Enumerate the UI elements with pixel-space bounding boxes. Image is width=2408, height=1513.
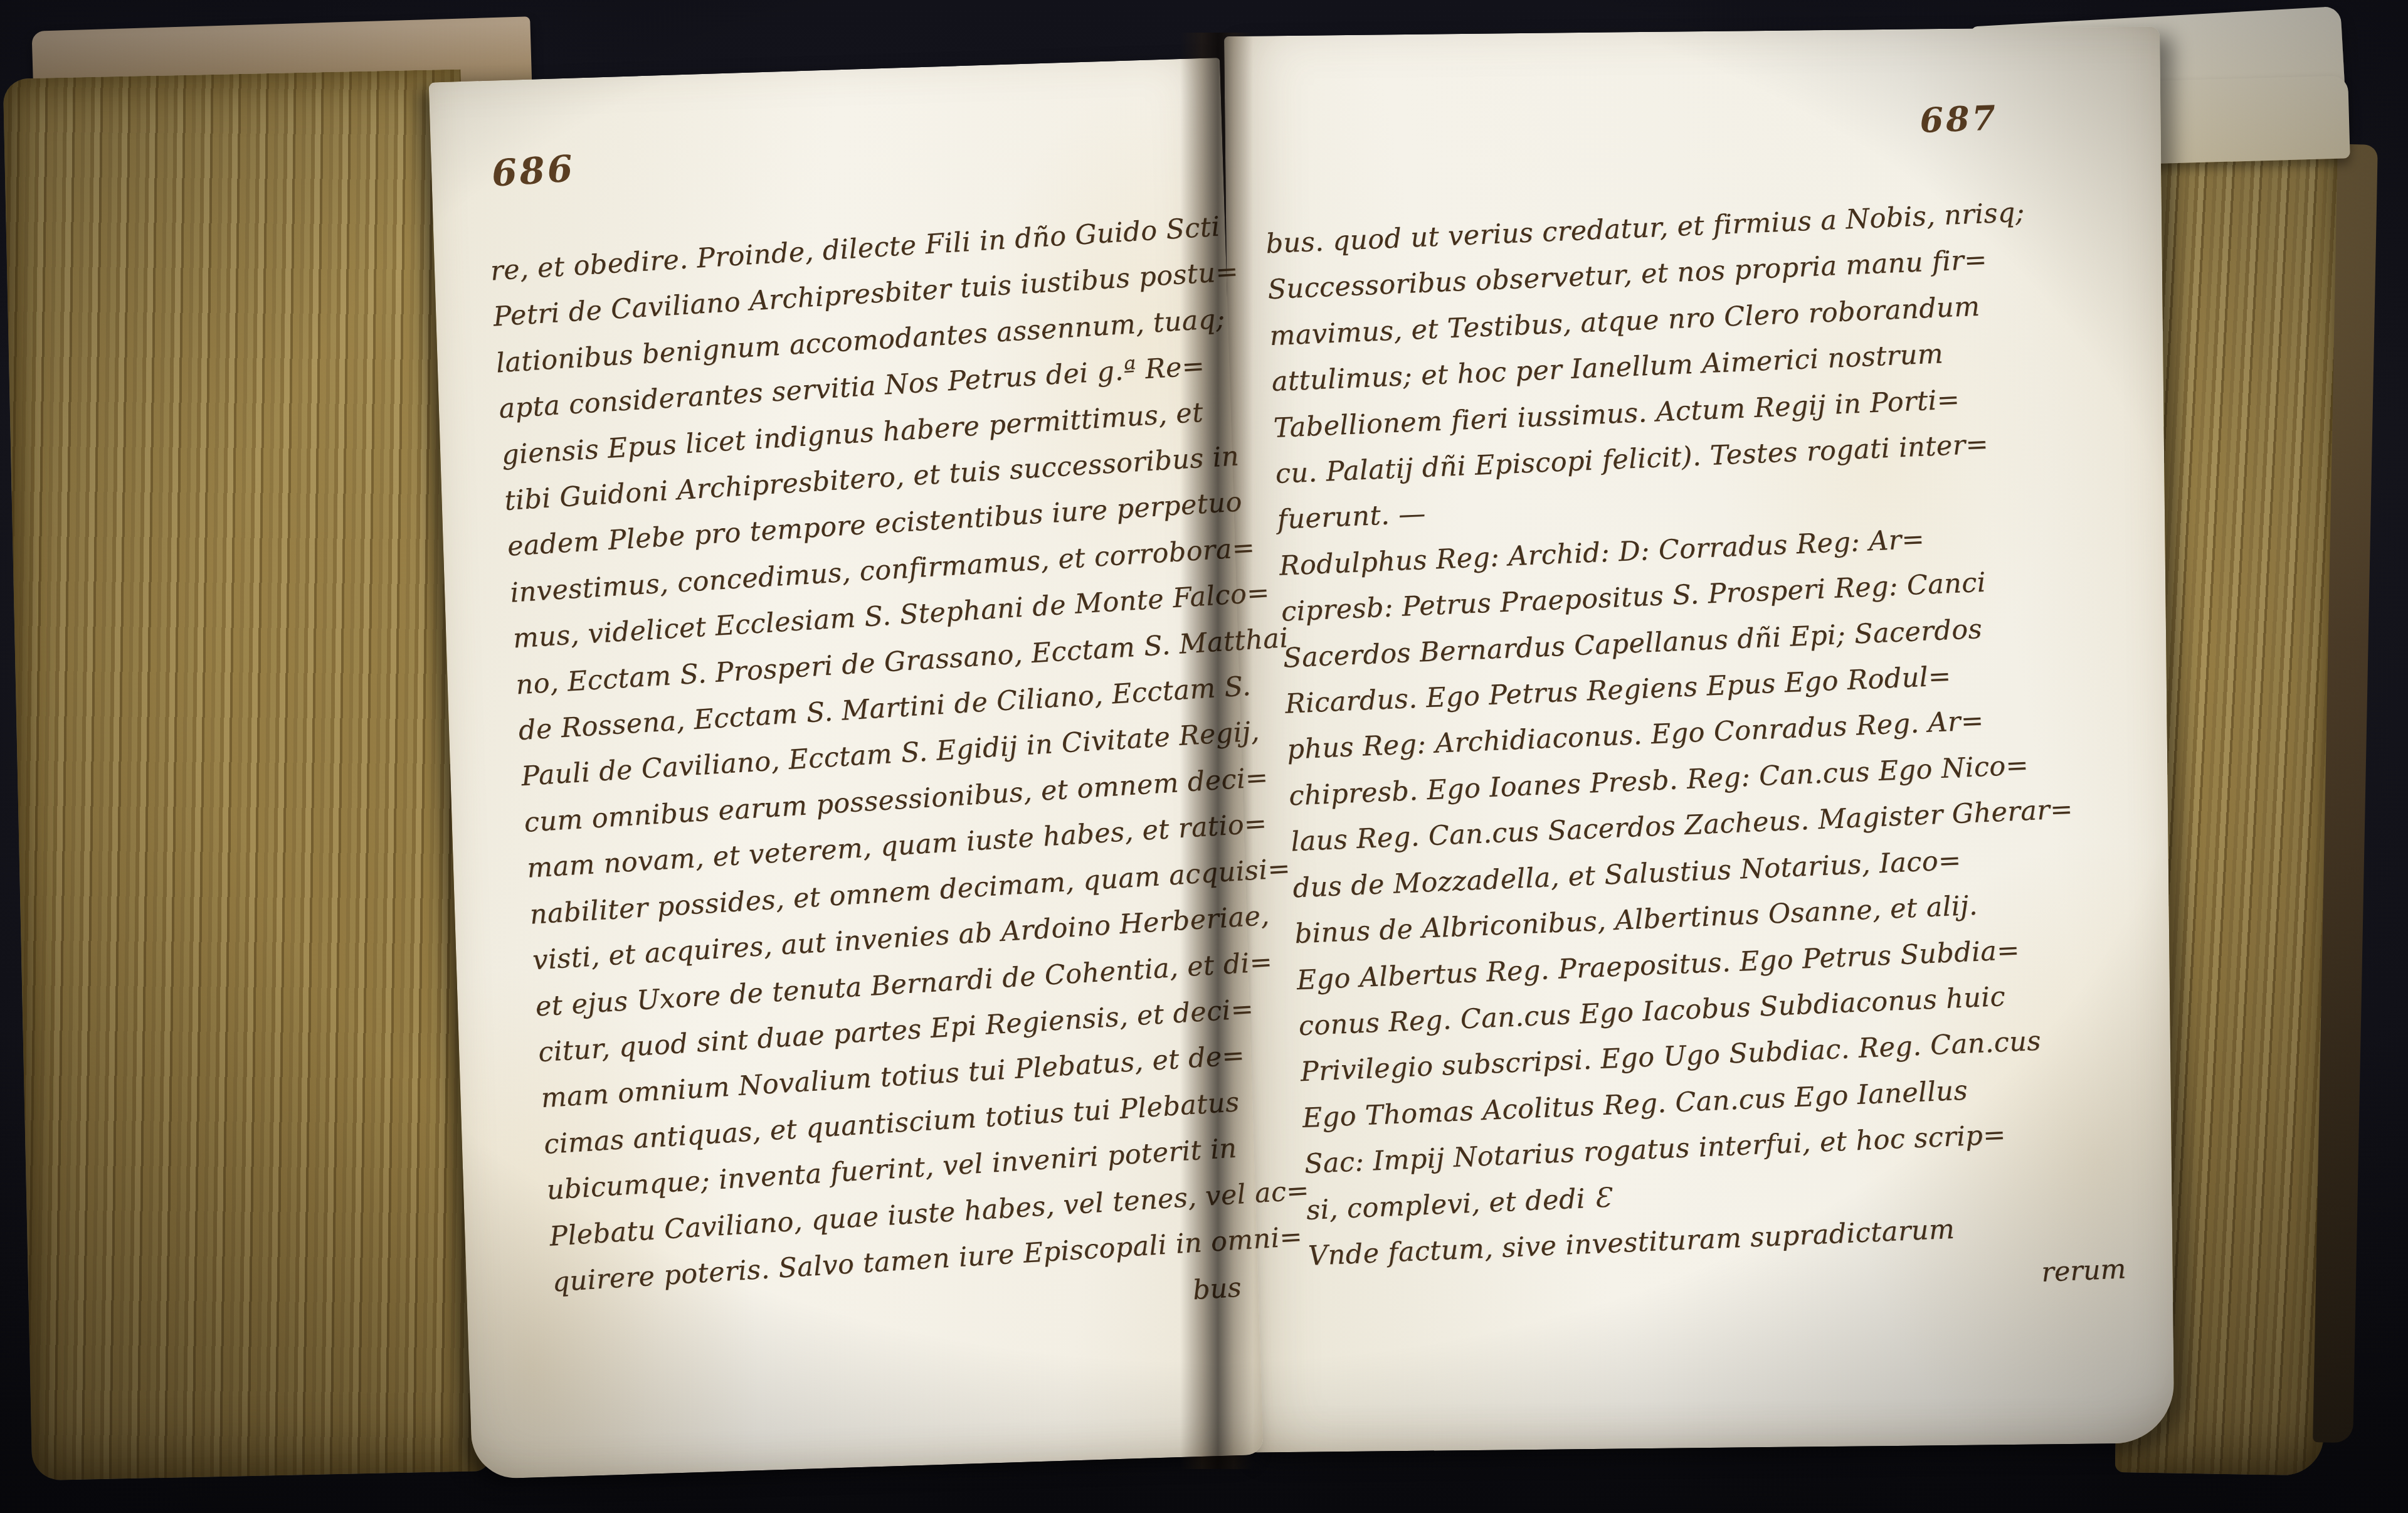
page-number-left: 686 [490, 147, 576, 195]
right-page: 687 bus. quod ut verius credatur, et fir… [1224, 26, 2175, 1453]
page-number-right: 687 [1919, 97, 1999, 141]
right-page-lines: bus. quod ut verius credatur, et firmius… [1265, 186, 2147, 1280]
left-page-text-block: re, et obedire. Proinde, dilecte Fili in… [489, 206, 1264, 1354]
right-page-text-block: bus. quod ut verius credatur, et firmius… [1265, 186, 2148, 1327]
left-page-lines: re, et obedire. Proinde, dilecte Fili in… [489, 206, 1261, 1306]
left-page: 686 re, et obedire. Proinde, dilecte Fil… [429, 58, 1264, 1480]
gutter-shadow [1180, 33, 1253, 1469]
left-fore-edge-pages [3, 70, 490, 1481]
manuscript-photo: 686 re, et obedire. Proinde, dilecte Fil… [0, 0, 2408, 1513]
